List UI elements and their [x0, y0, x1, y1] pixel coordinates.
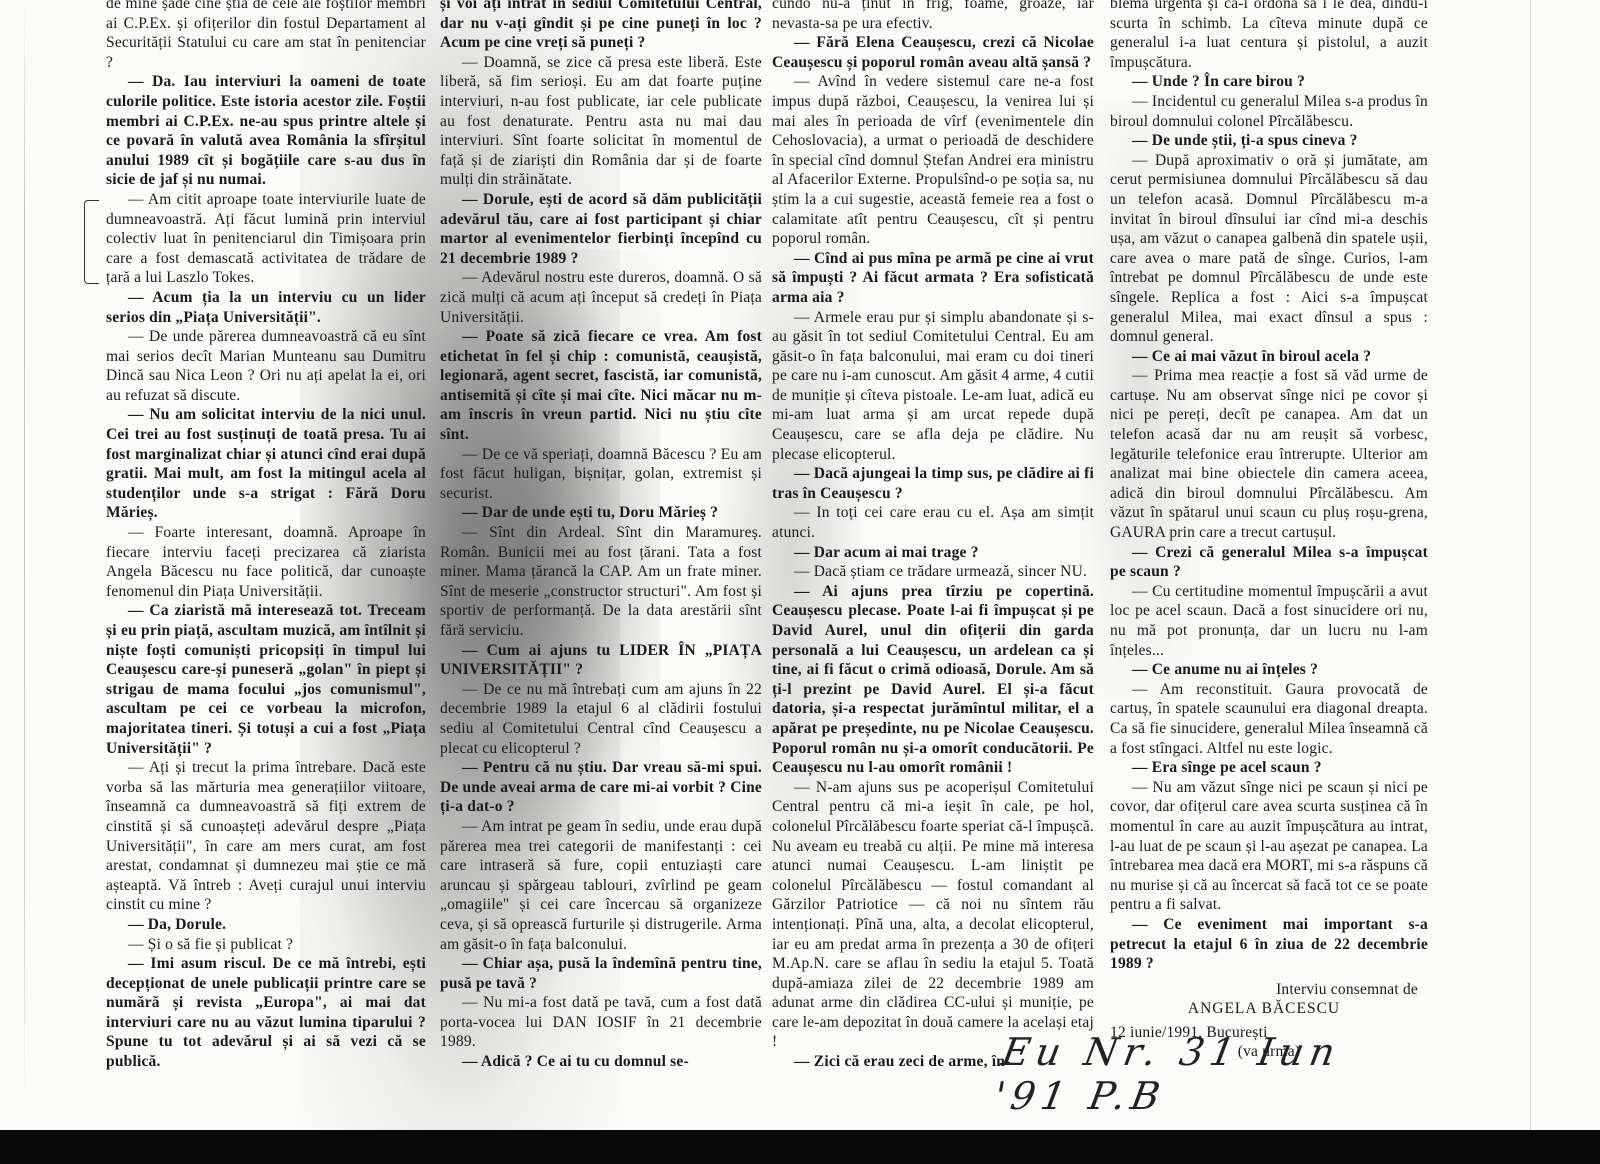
- author-name: ANGELA BĂCESCU: [1110, 999, 1418, 1019]
- article-paragraph: — Adevărul nostru este dureros, doamnă. …: [440, 268, 762, 327]
- article-paragraph-bold: — Acum ția la un interviu cu un lider se…: [106, 288, 426, 327]
- article-column-4: blemă urgentă și că-i ordonă să i le dea…: [1110, 0, 1428, 1062]
- article-paragraph-bold: — Nu am solicitat interviu de la nici un…: [106, 405, 426, 523]
- article-column-2: și voi ați intrat în sediul Comitetului …: [440, 0, 762, 1072]
- article-paragraph: — De unde părerea dumneavoastră că eu sî…: [106, 327, 426, 405]
- article-paragraph-bold: — Dar acum ai mai trage ?: [772, 543, 1094, 563]
- article-paragraph: — De ce nu mă întrebați cum am ajuns în …: [440, 680, 762, 758]
- article-paragraph-bold: — Fără Elena Ceaușescu, crezi că Nicolae…: [772, 33, 1094, 72]
- article-paragraph-bold: — Cînd ai pus mîna pe armă pe cine ai vr…: [772, 249, 1094, 308]
- article-paragraph-bold: — Ce anume nu ai înțeles ?: [1110, 660, 1428, 680]
- article-paragraph: — Sînt din Ardeal. Sînt din Maramureș. R…: [440, 523, 762, 641]
- article-paragraph-bold: — Unde ? În care birou ?: [1110, 72, 1428, 92]
- article-paragraph-bold: — Adică ? Ce ai tu cu domnul se-: [440, 1052, 762, 1072]
- article-column-3: cundo nu-a ținut în frig, foame, groaze,…: [772, 0, 1094, 1072]
- article-column-1: de mine șade cine știa de cele ale foști…: [106, 0, 426, 1072]
- article-paragraph-bold: — Cum ai ajuns tu LIDER ÎN „PIAȚA UNIVER…: [440, 641, 762, 680]
- scan-fold-line: [1530, 0, 1531, 1130]
- article-paragraph-bold: — Ce eveniment mai important s-a petrecu…: [1110, 915, 1428, 974]
- article-paragraph-bold: — Da. Iau interviuri la oameni de toate …: [106, 72, 426, 190]
- article-paragraph: — Doamnă, se zice că presa este liberă. …: [440, 53, 762, 190]
- article-paragraph: — Am reconstituit. Gaura provocată de ca…: [1110, 680, 1428, 758]
- article-paragraph: — In toți cei care erau cu el. Așa am si…: [772, 503, 1094, 542]
- article-paragraph: — De ce vă speriați, doamnă Băcescu ? Eu…: [440, 445, 762, 504]
- article-paragraph: cundo nu-a ținut în frig, foame, groaze,…: [772, 0, 1094, 33]
- margin-bracket-mark: [84, 200, 99, 284]
- article-paragraph: — Avînd în vedere sistemul care ne-a fos…: [772, 72, 1094, 248]
- article-paragraph: — Și o să fie și publicat ?: [106, 935, 426, 955]
- article-paragraph: de mine șade cine știa de cele ale foști…: [106, 0, 426, 72]
- article-paragraph: — Nu am văzut sînge nici pe scaun și nic…: [1110, 778, 1428, 915]
- article-paragraph-bold: și voi ați intrat în sediul Comitetului …: [440, 0, 762, 53]
- column-paragraphs: blemă urgentă și că-i ordonă să i le dea…: [1110, 0, 1428, 974]
- article-paragraph: — Dacă știam ce trădare urmează, sincer …: [772, 562, 1094, 582]
- article-paragraph-bold: — Ai ajuns prea tîrziu pe copertină. Cea…: [772, 582, 1094, 778]
- article-paragraph-bold: — De unde știi, ți-a spus cineva ?: [1110, 131, 1428, 151]
- article-paragraph-bold: — Pentru că nu știu. Dar vreau să-mi spu…: [440, 758, 762, 817]
- article-paragraph-bold: — Ce ai mai văzut în biroul acela ?: [1110, 347, 1428, 367]
- article-paragraph-bold: — Da, Dorule.: [106, 915, 426, 935]
- article-paragraph: — După aproximativ o oră și jumătate, am…: [1110, 151, 1428, 347]
- byline: Interviu consemnat de ANGELA BĂCESCU: [1110, 980, 1428, 1019]
- article-paragraph-bold: — Dorule, ești de acord să dăm publicită…: [440, 190, 762, 268]
- scan-bottom-border: [0, 1130, 1600, 1164]
- article-paragraph-bold: — Dar de unde ești tu, Doru Mărieș ?: [440, 503, 762, 523]
- article-paragraph: — Foarte interesant, doamnă. Aproape în …: [106, 523, 426, 601]
- article-paragraph: — Nu mi-a fost dată pe tavă, cum a fost …: [440, 993, 762, 1052]
- handwritten-annotation: Eu Nr. 31 Iun '91 P.B: [994, 1030, 1386, 1100]
- article-paragraph-bold: — Poate să zică fiecare ce vrea. Am fost…: [440, 327, 762, 445]
- article-paragraph-bold: — Chiar așa, pusă la îndemînă pentru tin…: [440, 954, 762, 993]
- article-paragraph-bold: — Dacă ajungeai la timp sus, pe clădire …: [772, 464, 1094, 503]
- article-paragraph-bold: — Crezi că generalul Milea s-a împușcat …: [1110, 543, 1428, 582]
- article-paragraph: — Incidentul cu generalul Milea s-a prod…: [1110, 92, 1428, 131]
- article-paragraph: — Cu certitudine momentul împușcării a a…: [1110, 582, 1428, 660]
- article-paragraph: — Prima mea reacție a fost să văd urme d…: [1110, 366, 1428, 542]
- article-paragraph: — Ați și trecut la prima întrebare. Dacă…: [106, 758, 426, 915]
- scan-edge-line: [24, 0, 25, 1100]
- article-paragraph: blemă urgentă și că-i ordonă să i le dea…: [1110, 0, 1428, 72]
- article-paragraph: — Am intrat pe geam în sediu, unde erau …: [440, 817, 762, 954]
- article-paragraph: — Armele erau pur și simplu abandonate ș…: [772, 308, 1094, 465]
- article-paragraph-bold: — Imi asum riscul. De ce mă întrebi, eșt…: [106, 954, 426, 1072]
- article-paragraph-bold: — Era sînge pe acel scaun ?: [1110, 758, 1428, 778]
- article-paragraph-bold: — Ca ziaristă mă interesează tot. Trecea…: [106, 601, 426, 758]
- article-paragraph: — Am citit aproape toate interviurile lu…: [106, 190, 426, 288]
- scanned-newspaper-page: de mine șade cine știa de cele ale foști…: [0, 0, 1600, 1130]
- byline-label: Interviu consemnat de: [1110, 980, 1418, 1000]
- article-paragraph: — N-am ajuns sus pe acoperișul Comitetul…: [772, 778, 1094, 1052]
